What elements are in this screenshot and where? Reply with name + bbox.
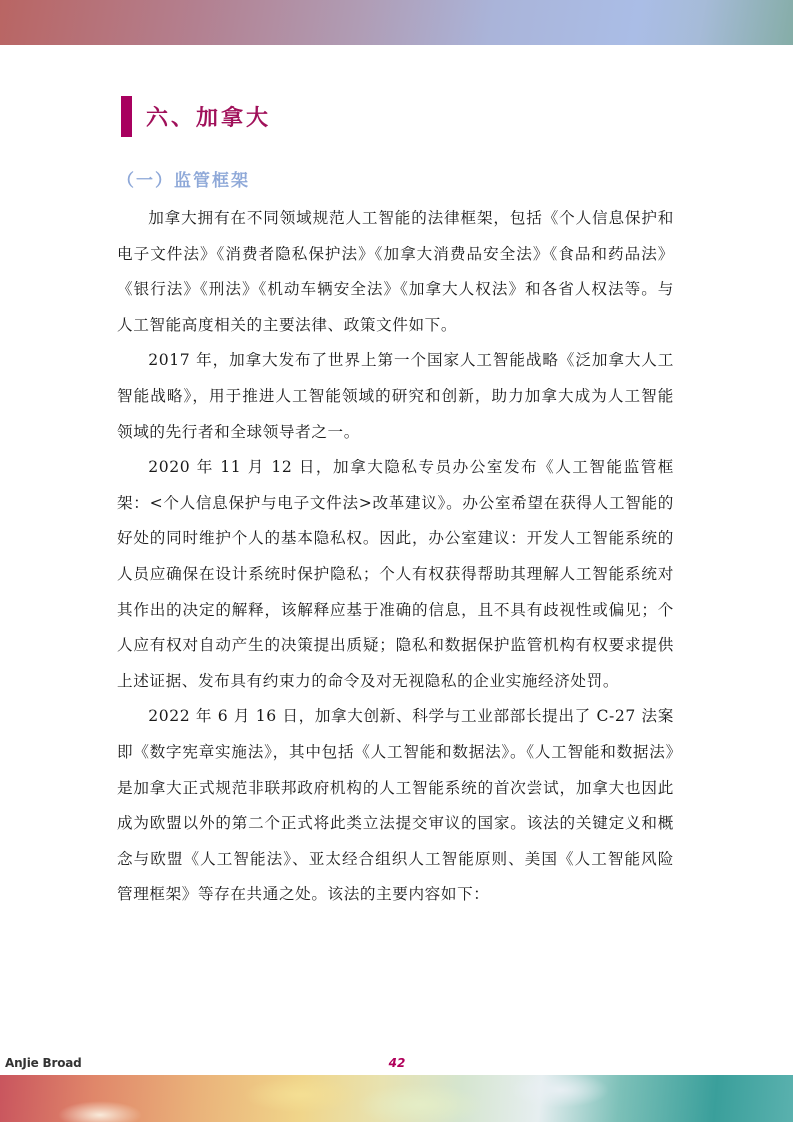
- heading-accent-bar: [121, 96, 132, 137]
- subsection-title: （一）监管框架: [117, 166, 250, 191]
- body-text: 加拿大拥有在不同领域规范人工智能的法律框架，包括《个人信息保护和电子文件法》《消…: [117, 201, 674, 913]
- paragraph-2022-c27: 2022 年 6 月 16 日，加拿大创新、科学与工业部部长提出了 C-27 法…: [117, 699, 674, 913]
- paragraph-legal-framework: 加拿大拥有在不同领域规范人工智能的法律框架，包括《个人信息保护和电子文件法》《消…: [117, 201, 674, 343]
- top-decorative-gradient-band: [0, 0, 793, 45]
- section-heading: 六、加拿大: [121, 96, 271, 137]
- paragraph-2017-strategy: 2017 年，加拿大发布了世界上第一个国家人工智能战略《泛加拿大人工智能战略》，…: [117, 343, 674, 450]
- section-title: 六、加拿大: [146, 101, 271, 132]
- page-number: 42: [384, 1056, 410, 1070]
- bottom-decorative-paint-band: [0, 1075, 793, 1122]
- footer-brand-logo: AnJie Broad: [5, 1056, 82, 1070]
- paragraph-2020-privacy: 2020 年 11 月 12 日，加拿大隐私专员办公室发布《人工智能监管框架：<…: [117, 450, 674, 699]
